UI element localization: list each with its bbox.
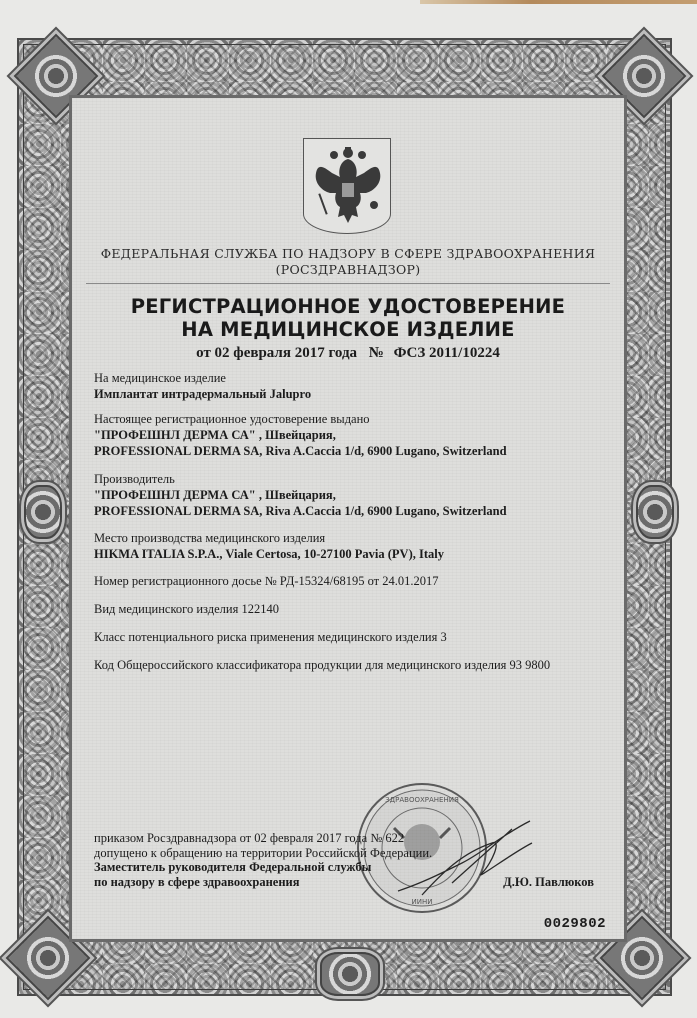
approval-order-line-1: приказом Росздравнадзора от 02 февраля 2… (94, 831, 432, 846)
signer-name: Д.Ю. Павлюков (503, 875, 594, 890)
dossier-number: Номер регистрационного досье № РД-15324/… (94, 573, 614, 589)
manufacturer-label: Производитель (94, 471, 614, 487)
risk-class-label: Класс потенциального риска применения ме… (94, 630, 437, 644)
risk-class-value: 3 (441, 630, 447, 644)
production-site-value: HIKMA ITALIA S.P.A., Viale Certosa, 10-2… (94, 546, 614, 562)
dossier-value: № РД-15324/68195 от 24.01.2017 (265, 574, 439, 588)
side-ornament-icon (636, 485, 674, 539)
dossier-label: Номер регистрационного досье (94, 574, 262, 588)
device-type: Вид медицинского изделия 122140 (94, 601, 614, 617)
header-divider (86, 283, 610, 284)
device-type-value: 122140 (241, 602, 279, 616)
risk-class: Класс потенциального риска применения ме… (94, 629, 614, 645)
document-title: РЕГИСТРАЦИОННОЕ УДОСТОВЕРЕНИЕ (72, 295, 624, 318)
agency-abbreviation: (РОСЗДРАВНАДЗОР) (72, 262, 624, 277)
production-site-label: Место производства медицинского изделия (94, 530, 614, 546)
device-label: На медицинское изделие (94, 370, 614, 386)
number-sign: № (369, 345, 384, 361)
certificate-date-number: от 02 февраля 2017 года № ФСЗ 2011/10224 (72, 345, 624, 362)
okp-value: 93 9800 (510, 658, 551, 672)
background-table-edge (420, 0, 697, 4)
device-type-label: Вид медицинского изделия (94, 602, 238, 616)
certificate-panel: ФЕДЕРАЛЬНАЯ СЛУЖБА ПО НАДЗОРУ В СФЕРЕ ЗД… (69, 95, 627, 942)
okp-label: Код Общероссийского классификатора проду… (94, 658, 506, 672)
agency-name: ФЕДЕРАЛЬНАЯ СЛУЖБА ПО НАДЗОРУ В СФЕРЕ ЗД… (72, 246, 624, 261)
issue-date: от 02 февраля 2017 года (196, 345, 357, 361)
side-ornament-icon (24, 485, 62, 539)
form-serial-number: 0029802 (544, 916, 606, 932)
svg-text:ЗДРАВООХРАНЕНИЯ: ЗДРАВООХРАНЕНИЯ (385, 796, 459, 804)
certificate-number: ФСЗ 2011/10224 (394, 345, 500, 361)
signer-title-line-2: по надзору в сфере здравоохранения (94, 875, 371, 890)
approval-order: приказом Росздравнадзора от 02 февраля 2… (94, 831, 432, 861)
issued-to-company-en: PROFESSIONAL DERMA SA, Riva A.Caccia 1/d… (94, 443, 614, 459)
coat-of-arms-icon (303, 138, 391, 234)
signer-title: Заместитель руководителя Федеральной слу… (94, 860, 371, 890)
approval-order-line-2: допущено к обращению на территории Росси… (94, 846, 432, 861)
okp-code: Код Общероссийского классификатора проду… (94, 657, 614, 673)
manufacturer-company-ru: "ПРОФЕШНЛ ДЕРМА СА" , Швейцария, (94, 487, 614, 503)
device-name: Имплантат интрадермальный Jalupro (94, 386, 614, 402)
manufacturer-company-en: PROFESSIONAL DERMA SA, Riva A.Caccia 1/d… (94, 503, 614, 519)
bottom-ornament-icon (320, 952, 380, 996)
issued-to-label: Настоящее регистрационное удостоверение … (94, 411, 614, 427)
document-subtitle: НА МЕДИЦИНСКОЕ ИЗДЕЛИЕ (72, 318, 624, 341)
signer-title-line-1: Заместитель руководителя Федеральной слу… (94, 860, 371, 875)
issued-to-company-ru: "ПРОФЕШНЛ ДЕРМА СА" , Швейцария, (94, 427, 614, 443)
